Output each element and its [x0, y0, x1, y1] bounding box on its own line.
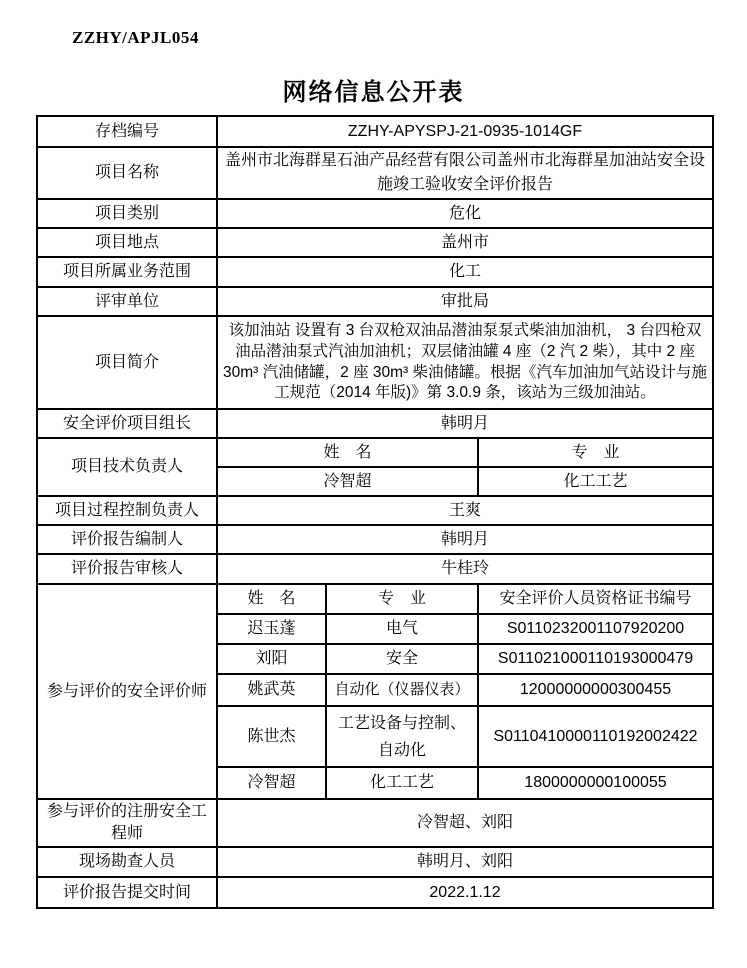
document-page: ZZHY/APJL054 网络信息公开表 存档编号 ZZHY-APYSPJ-21… — [0, 0, 747, 968]
evaluators-cert-header: 安全评价人员资格证书编号 — [478, 584, 713, 614]
table-row: 评价报告审核人 牛桂玲 — [37, 554, 713, 584]
project-category-label: 项目类别 — [37, 199, 217, 228]
site-survey-value: 韩明月、刘阳 — [217, 847, 713, 877]
tech-lead-major-header: 专 业 — [478, 438, 713, 467]
table-row: 参与评价的安全评价师 姓 名 专 业 安全评价人员资格证书编号 — [37, 584, 713, 614]
table-row: 参与评价的注册安全工程师 冷智超、刘阳 — [37, 799, 713, 847]
site-survey-label: 现场勘查人员 — [37, 847, 217, 877]
process-control-value: 王爽 — [217, 496, 713, 525]
evaluator-major: 工艺设备与控制、自动化 — [326, 706, 478, 767]
table-row: 评审单位 审批局 — [37, 287, 713, 316]
table-row: 项目简介 该加油站 设置有 3 台双枪双油品潜油泵泵式柴油加油机， 3 台四枪双… — [37, 316, 713, 409]
evaluator-name: 冷智超 — [217, 767, 326, 799]
project-location-label: 项目地点 — [37, 228, 217, 257]
evaluators-label: 参与评价的安全评价师 — [37, 584, 217, 799]
evaluator-major: 化工工艺 — [326, 767, 478, 799]
report-writer-value: 韩明月 — [217, 525, 713, 554]
page-title: 网络信息公开表 — [0, 72, 747, 107]
archive-number-label: 存档编号 — [37, 116, 217, 147]
review-unit-label: 评审单位 — [37, 287, 217, 316]
business-scope-label: 项目所属业务范围 — [37, 257, 217, 287]
table-row: 项目地点 盖州市 — [37, 228, 713, 257]
evaluator-major: 自动化（仪器仪表） — [326, 674, 478, 706]
form-code: ZZHY/APJL054 — [72, 28, 199, 48]
project-location-value: 盖州市 — [217, 228, 713, 257]
archive-number-value: ZZHY-APYSPJ-21-0935-1014GF — [217, 116, 713, 147]
project-intro-label: 项目简介 — [37, 316, 217, 409]
evaluators-major-header: 专 业 — [326, 584, 478, 614]
evaluator-name: 刘阳 — [217, 644, 326, 674]
report-reviewer-value: 牛桂玲 — [217, 554, 713, 584]
table-row: 评价报告提交时间 2022.1.12 — [37, 877, 713, 908]
project-intro-value: 该加油站 设置有 3 台双枪双油品潜油泵泵式柴油加油机， 3 台四枪双油品潜油泵… — [217, 316, 713, 409]
project-name-label: 项目名称 — [37, 147, 217, 199]
evaluator-cert: S0110232001107920200 — [478, 614, 713, 644]
evaluators-name-header: 姓 名 — [217, 584, 326, 614]
business-scope-value: 化工 — [217, 257, 713, 287]
table-row: 存档编号 ZZHY-APYSPJ-21-0935-1014GF — [37, 116, 713, 147]
evaluator-name: 陈世杰 — [217, 706, 326, 767]
tech-lead-name-header: 姓 名 — [217, 438, 478, 467]
evaluator-cert: S0110410000110192002422 — [478, 706, 713, 767]
evaluator-cert: 1800000000100055 — [478, 767, 713, 799]
registered-engineers-label: 参与评价的注册安全工程师 — [37, 799, 217, 847]
table-row: 项目类别 危化 — [37, 199, 713, 228]
review-unit-value: 审批局 — [217, 287, 713, 316]
registered-engineers-value: 冷智超、刘阳 — [217, 799, 713, 847]
project-category-value: 危化 — [217, 199, 713, 228]
project-name-value: 盖州市北海群星石油产品经营有限公司盖州市北海群星加油站安全设施竣工验收安全评价报… — [217, 147, 713, 199]
table-row: 项目技术负责人 姓 名 专 业 — [37, 438, 713, 467]
evaluator-major: 电气 — [326, 614, 478, 644]
report-writer-label: 评价报告编制人 — [37, 525, 217, 554]
table-row: 安全评价项目组长 韩明月 — [37, 409, 713, 438]
tech-lead-major: 化工工艺 — [478, 467, 713, 496]
team-leader-label: 安全评价项目组长 — [37, 409, 217, 438]
submit-date-value: 2022.1.12 — [217, 877, 713, 908]
process-control-label: 项目过程控制负责人 — [37, 496, 217, 525]
team-leader-value: 韩明月 — [217, 409, 713, 438]
submit-date-label: 评价报告提交时间 — [37, 877, 217, 908]
table-row: 现场勘查人员 韩明月、刘阳 — [37, 847, 713, 877]
evaluator-cert: S011021000110193000479 — [478, 644, 713, 674]
table-row: 项目过程控制负责人 王爽 — [37, 496, 713, 525]
evaluator-name: 迟玉蓬 — [217, 614, 326, 644]
info-table: 存档编号 ZZHY-APYSPJ-21-0935-1014GF 项目名称 盖州市… — [36, 115, 714, 909]
table-row: 评价报告编制人 韩明月 — [37, 525, 713, 554]
tech-lead-label: 项目技术负责人 — [37, 438, 217, 496]
evaluator-name: 姚武英 — [217, 674, 326, 706]
evaluator-cert: 12000000000300455 — [478, 674, 713, 706]
evaluator-major: 安全 — [326, 644, 478, 674]
table-row: 项目名称 盖州市北海群星石油产品经营有限公司盖州市北海群星加油站安全设施竣工验收… — [37, 147, 713, 199]
tech-lead-name: 冷智超 — [217, 467, 478, 496]
report-reviewer-label: 评价报告审核人 — [37, 554, 217, 584]
table-row: 项目所属业务范围 化工 — [37, 257, 713, 287]
